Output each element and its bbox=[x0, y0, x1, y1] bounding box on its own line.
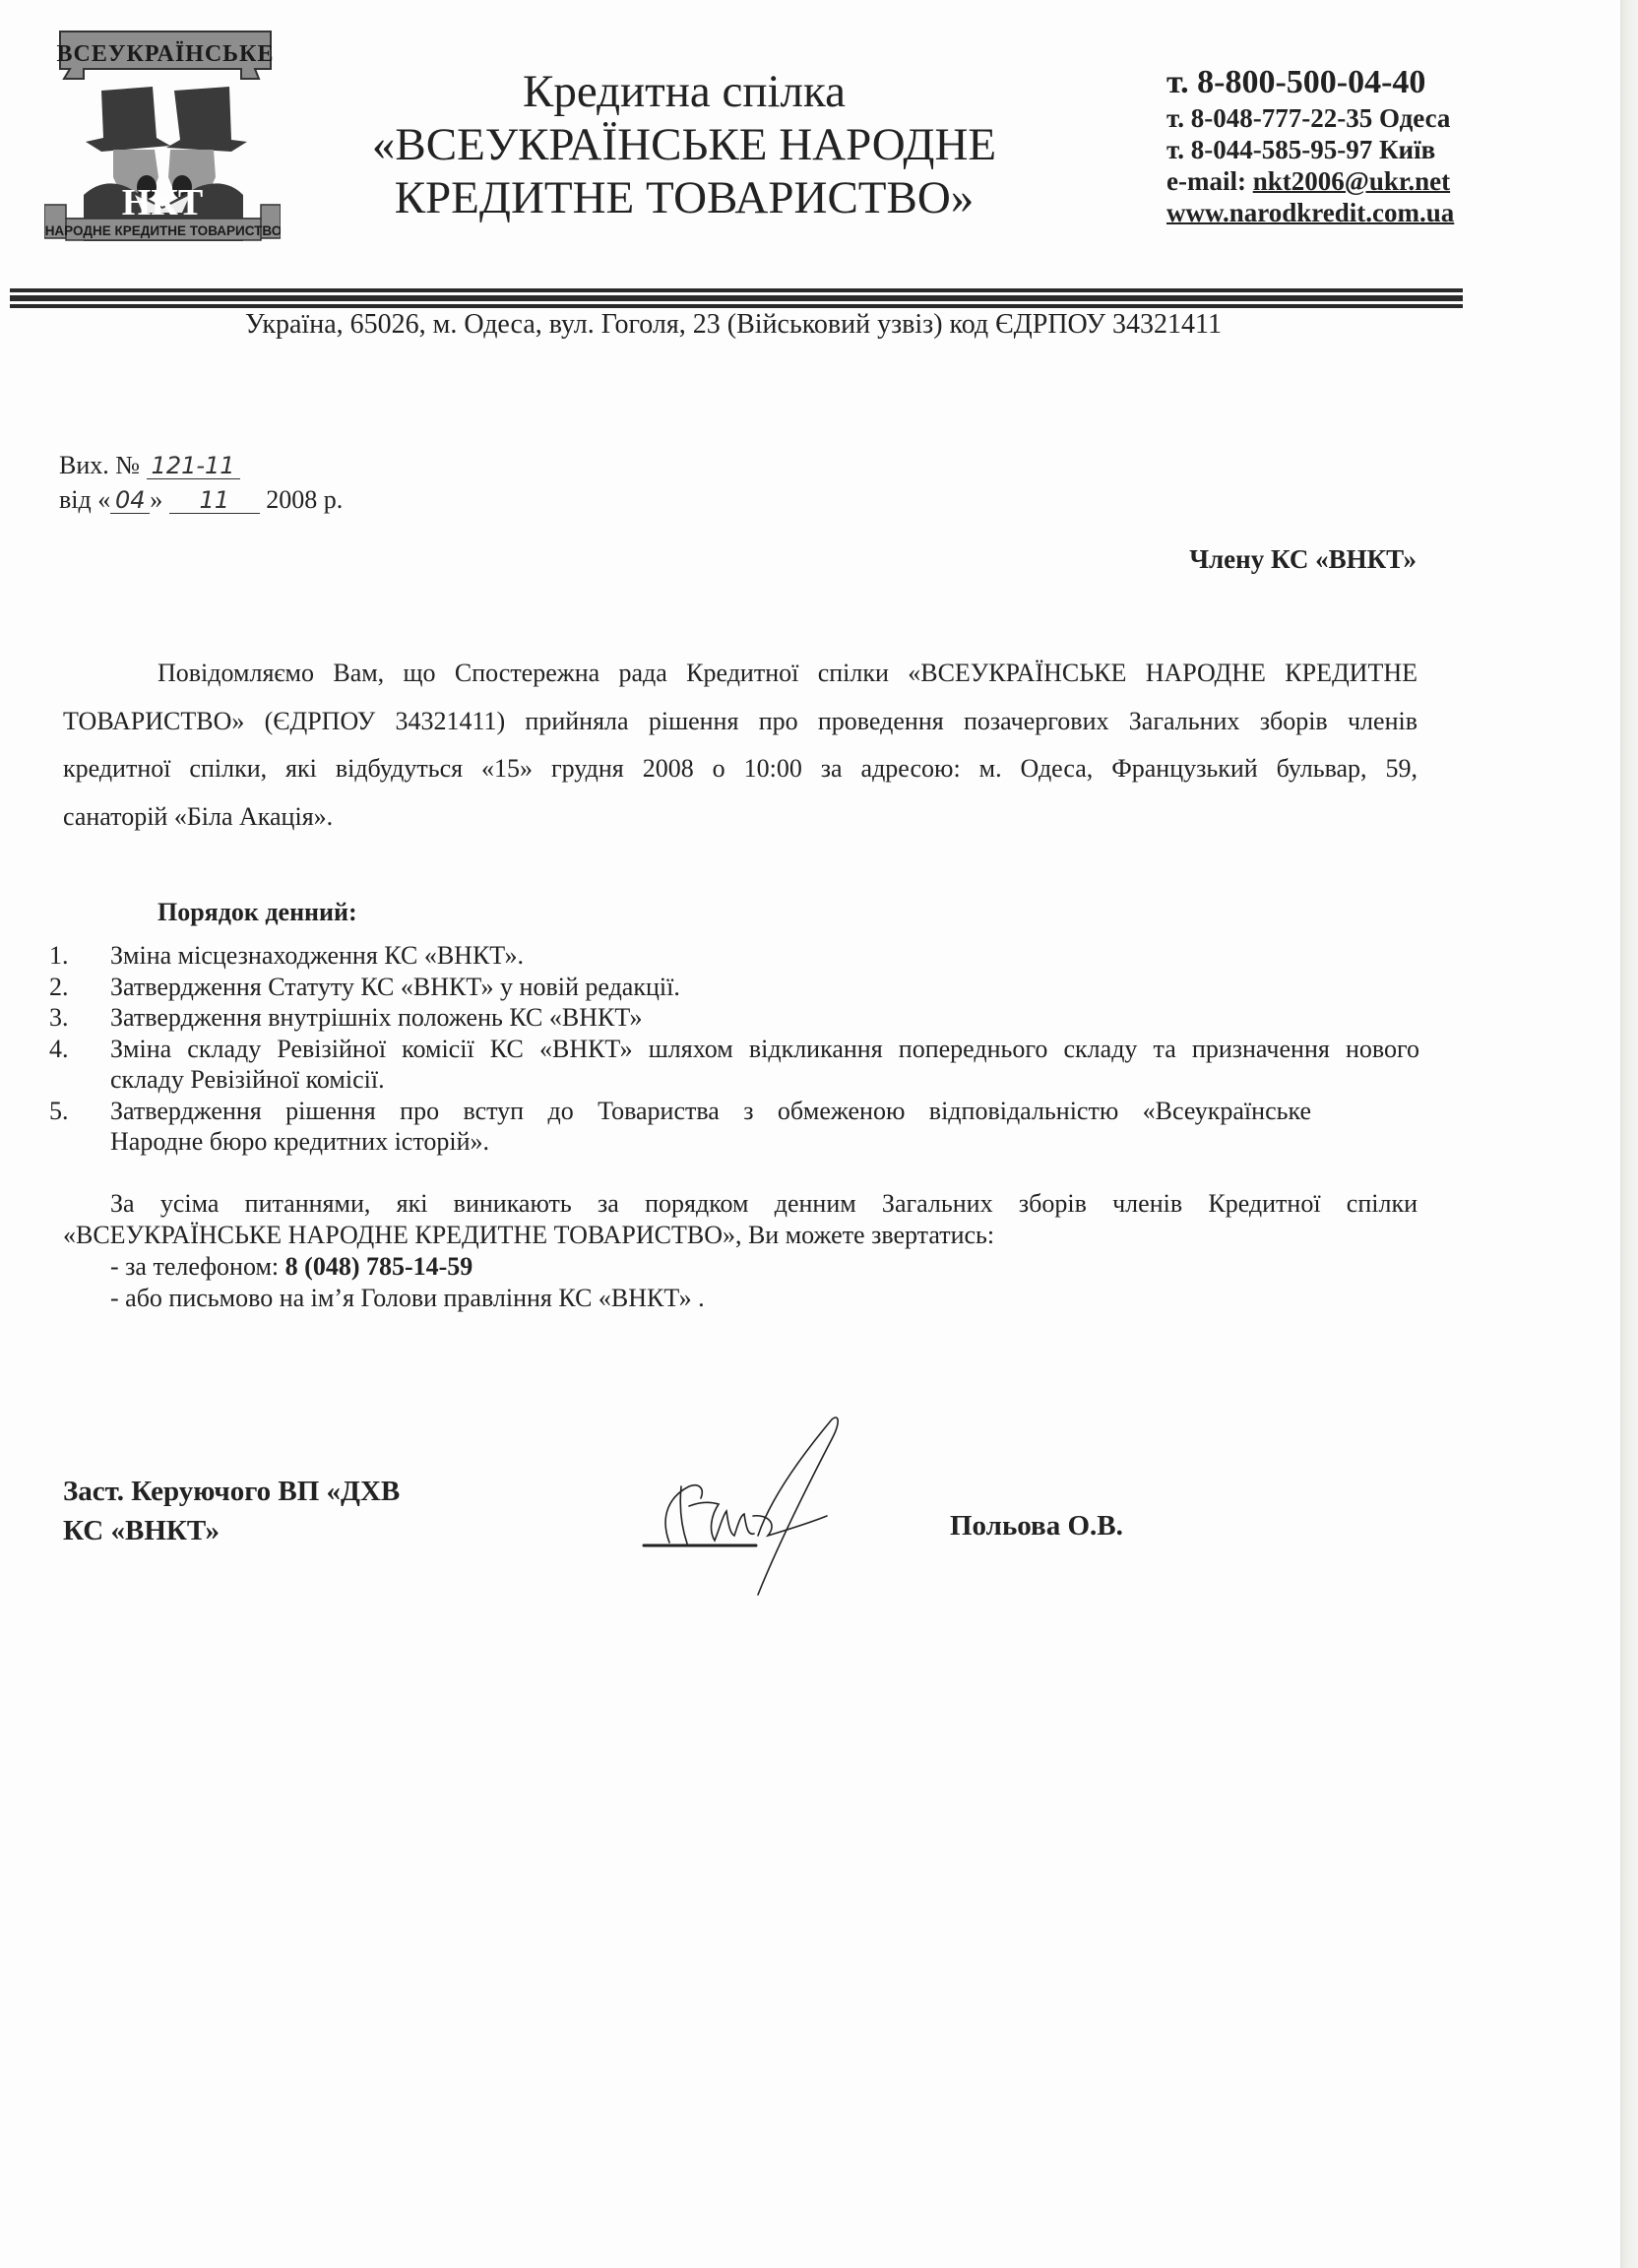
logo-top-ribbon: ВСЕУКРАЇНСЬКЕ bbox=[57, 41, 275, 67]
signatory-position-line-1: Заст. Керуючого ВП «ДХВ bbox=[63, 1472, 400, 1511]
agenda-item: 3. Затвердження внутрішніх положень КС «… bbox=[49, 1002, 1419, 1034]
body-line-4: санаторій «Біла Акація». bbox=[63, 793, 1417, 842]
outgoing-number-row: Вих. № 121-11 bbox=[59, 451, 240, 480]
agenda-item-text-cont: складу Ревізійної комісії. bbox=[110, 1064, 1419, 1096]
phone-main: т. 8-800-500-04-40 bbox=[1166, 63, 1454, 102]
agenda-item-text-cont: Народне бюро кредитних історій». bbox=[110, 1126, 1311, 1158]
phone-odesa: т. 8-048-777-22-35 Одеса bbox=[1166, 102, 1454, 134]
agenda-item-text: Зміна складу Ревізійної комісії КС «ВНКТ… bbox=[110, 1034, 1419, 1065]
company-logo-icon: ВСЕУКРАЇНСЬКЕ НКТ НАРОДНЕ КРЕДИТНЕ ТОВАР… bbox=[44, 30, 281, 241]
logo-bottom-ribbon: НАРОДНЕ КРЕДИТНЕ ТОВАРИСТВО bbox=[45, 223, 281, 238]
date-row: від «04» 11 2008 р. bbox=[59, 485, 343, 515]
agenda-item-text: Зміна місцезнаходження КС «ВНКТ». bbox=[110, 940, 1419, 972]
agenda-item: 2. Затвердження Статуту КС «ВНКТ» у нові… bbox=[49, 972, 1419, 1003]
logo-monogram: НКТ bbox=[122, 182, 203, 223]
closing-phone-prefix: - за телефоном: bbox=[110, 1252, 285, 1281]
agenda-item-number: 5. bbox=[49, 1096, 98, 1127]
agenda-item-number: 4. bbox=[49, 1034, 98, 1065]
closing-phone-row: - за телефоном: 8 (048) 785-14-59 bbox=[63, 1251, 1417, 1283]
header-rule-bottom bbox=[10, 304, 1463, 308]
agenda-item-number: 2. bbox=[49, 972, 98, 1003]
body-line-2: ТОВАРИСТВО» (ЄДРПОУ 34321411) прийняла р… bbox=[63, 698, 1417, 746]
agenda-item-text: Затвердження рішення про вступ до Товари… bbox=[110, 1096, 1311, 1127]
handwritten-signature-icon bbox=[630, 1408, 915, 1605]
header-rule-top bbox=[10, 288, 1463, 292]
signatory-position: Заст. Керуючого ВП «ДХВ КС «ВНКТ» bbox=[63, 1472, 400, 1550]
email-label: e-mail: bbox=[1166, 166, 1253, 196]
agenda-item: 1. Зміна місцезнаходження КС «ВНКТ». bbox=[49, 940, 1419, 972]
date-prefix: від « bbox=[59, 485, 110, 514]
address-line: Україна, 65026, м. Одеса, вул. Гоголя, 2… bbox=[0, 309, 1467, 341]
header-rule-middle bbox=[10, 295, 1463, 301]
date-mid: » bbox=[150, 485, 162, 514]
contact-phone: 8 (048) 785-14-59 bbox=[285, 1252, 473, 1281]
closing-line-2: «ВСЕУКРАЇНСЬКЕ НАРОДНЕ КРЕДИТНЕ ТОВАРИСТ… bbox=[63, 1220, 1417, 1251]
agenda-list: 1. Зміна місцезнаходження КС «ВНКТ». 2. … bbox=[49, 940, 1419, 1158]
agenda-item-text: Затвердження Статуту КС «ВНКТ» у новій р… bbox=[110, 972, 1419, 1003]
contacts-block: т. 8-800-500-04-40 т. 8-048-777-22-35 Од… bbox=[1166, 63, 1454, 228]
organization-title: Кредитна спілка «ВСЕУКРАЇНСЬКЕ НАРОДНЕ К… bbox=[325, 65, 1043, 224]
date-day: 04 bbox=[110, 487, 150, 514]
title-line-2: «ВСЕУКРАЇНСЬКЕ НАРОДНЕ bbox=[325, 118, 1043, 171]
closing-line-1: За усіма питаннями, які виникають за пор… bbox=[63, 1188, 1417, 1220]
outgoing-number: 121-11 bbox=[147, 453, 240, 479]
body-line-3: кредитної спілки, які відбудуться «15» г… bbox=[63, 745, 1417, 793]
email-row: e-mail: nkt2006@ukr.net bbox=[1166, 165, 1454, 197]
agenda-item: 5. Затвердження рішення про вступ до Тов… bbox=[49, 1096, 1419, 1158]
signatory-position-line-2: КС «ВНКТ» bbox=[63, 1511, 400, 1550]
scan-edge bbox=[1620, 0, 1638, 2268]
agenda-item-number: 1. bbox=[49, 940, 98, 972]
body-line-1: Повідомляємо Вам, що Спостережна рада Кр… bbox=[63, 650, 1417, 698]
title-line-3: КРЕДИТНЕ ТОВАРИСТВО» bbox=[325, 171, 1043, 224]
body-paragraph: Повідомляємо Вам, що Спостережна рада Кр… bbox=[63, 650, 1417, 841]
phone-kyiv: т. 8-044-585-95-97 Київ bbox=[1166, 134, 1454, 165]
outgoing-label: Вих. № bbox=[59, 451, 140, 479]
agenda-item-text: Затвердження внутрішніх положень КС «ВНК… bbox=[110, 1002, 1419, 1034]
closing-paragraph: За усіма питаннями, які виникають за пор… bbox=[63, 1188, 1417, 1314]
website-link[interactable]: www.narodkredit.com.ua bbox=[1166, 197, 1454, 228]
recipient: Члену КС «ВНКТ» bbox=[1189, 544, 1417, 575]
agenda-item: 4. Зміна складу Ревізійної комісії КС «В… bbox=[49, 1034, 1419, 1096]
agenda-title: Порядок денний: bbox=[157, 898, 357, 927]
email-link[interactable]: nkt2006@ukr.net bbox=[1253, 166, 1450, 196]
date-month: 11 bbox=[169, 487, 260, 514]
signatory-name: Польова О.В. bbox=[950, 1510, 1123, 1543]
title-line-1: Кредитна спілка bbox=[325, 65, 1043, 118]
closing-letter-row: - або письмово на ім’я Голови правління … bbox=[63, 1283, 1417, 1314]
date-suffix: 2008 р. bbox=[266, 485, 343, 514]
agenda-item-number: 3. bbox=[49, 1002, 98, 1034]
